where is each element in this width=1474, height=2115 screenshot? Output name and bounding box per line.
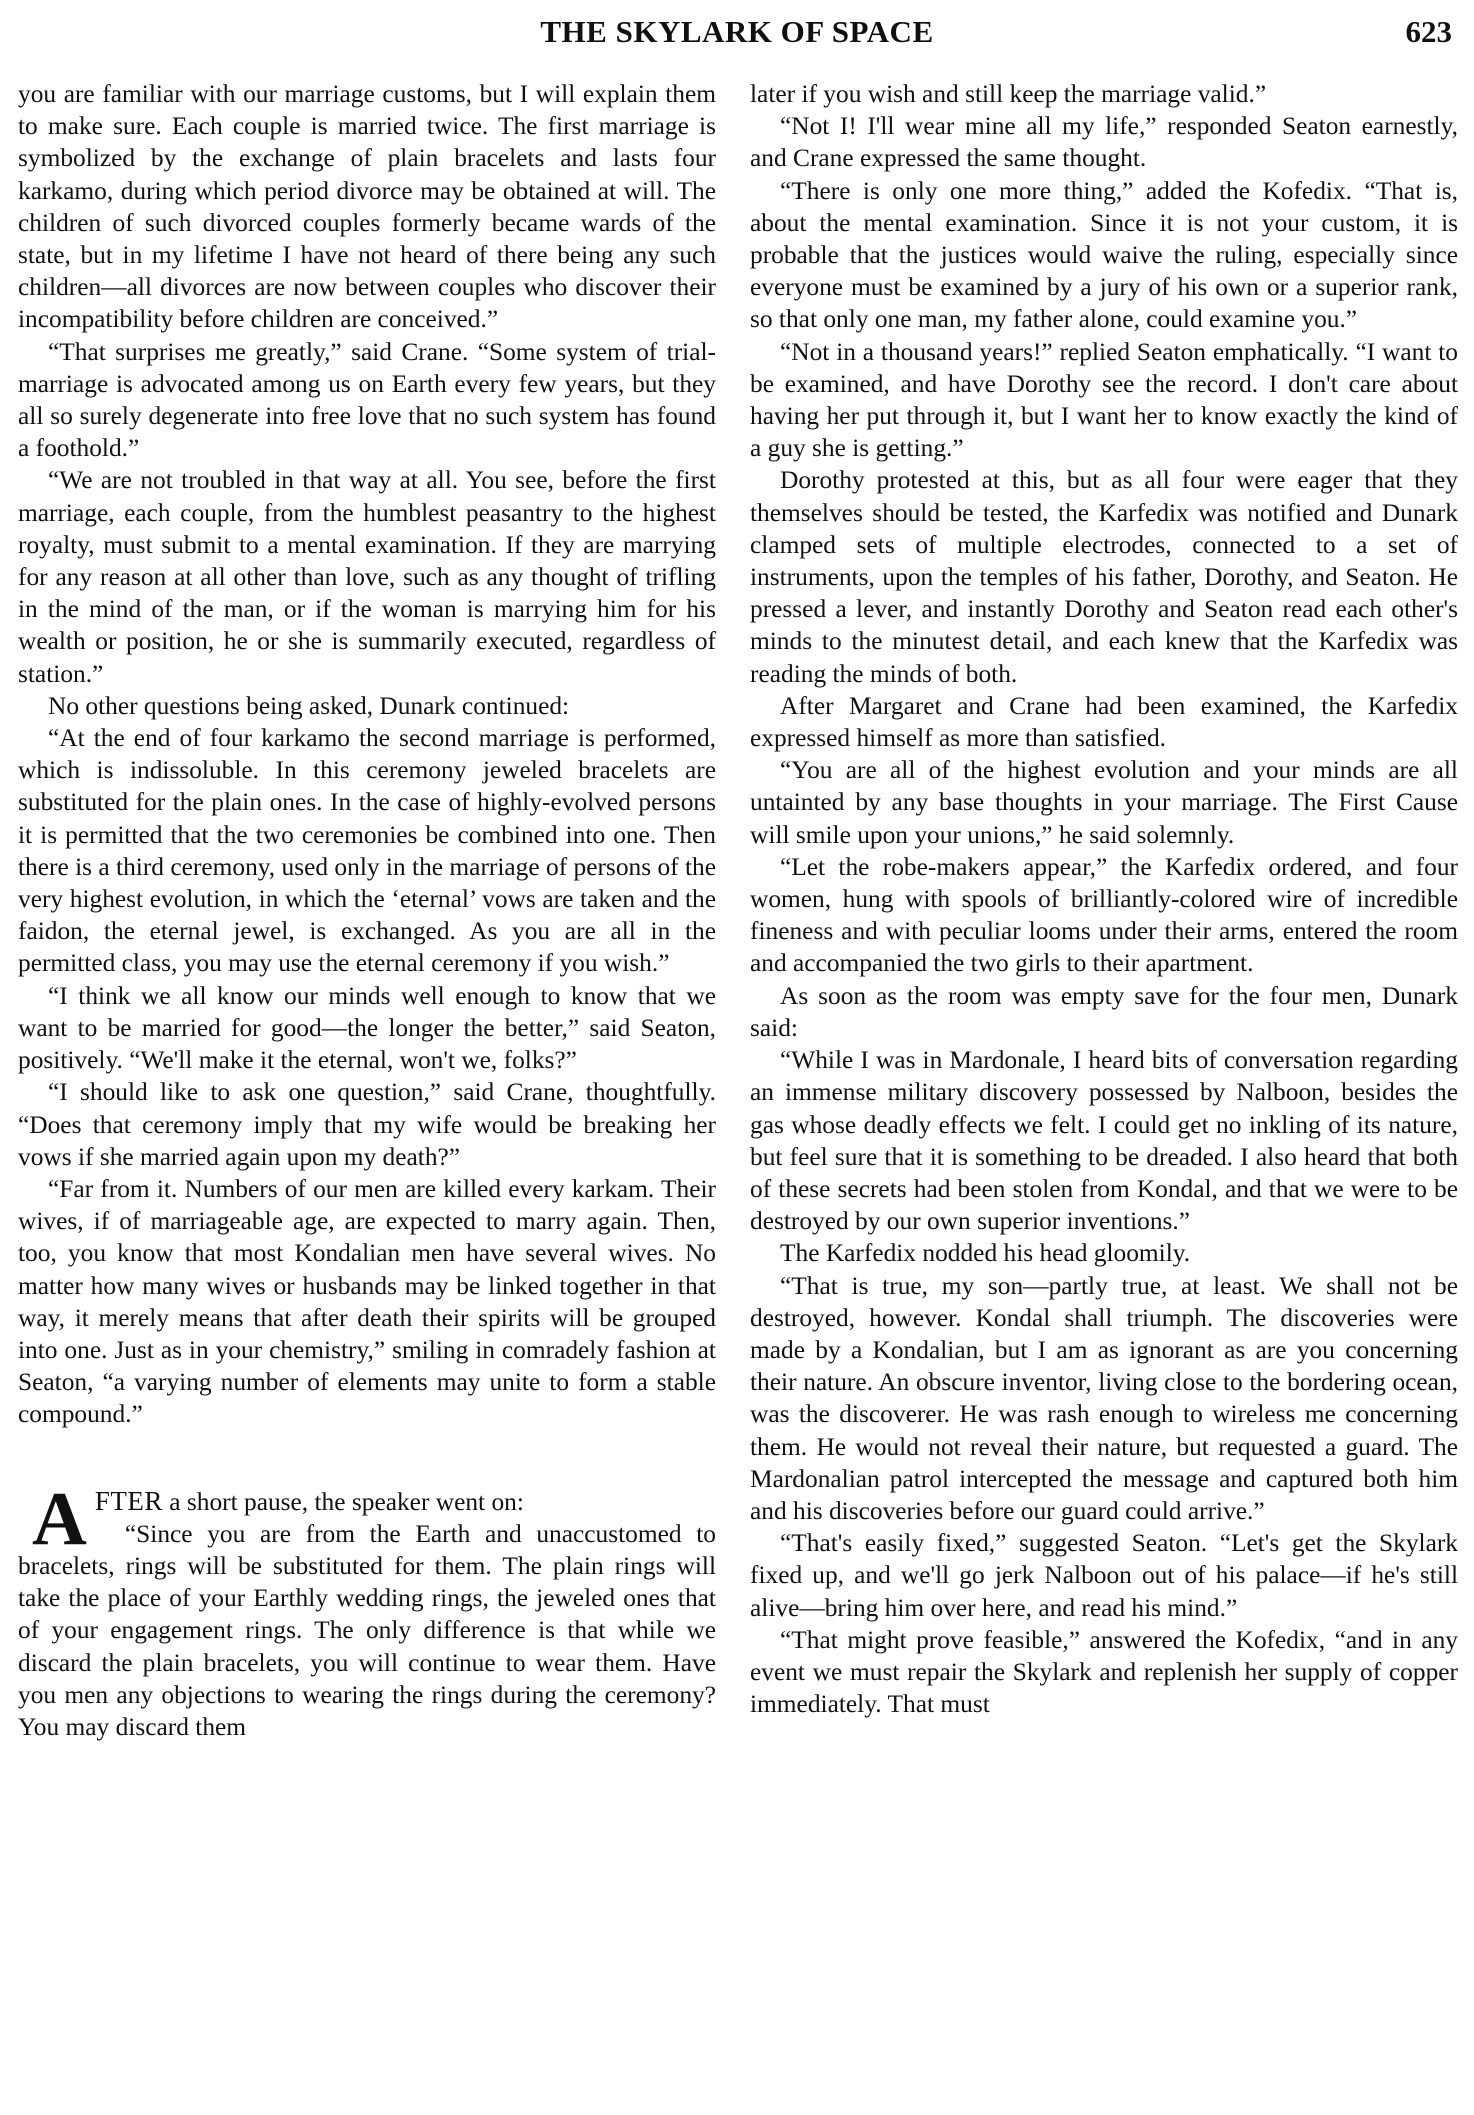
paragraph: “I should like to ask one question,” sai… — [18, 1076, 716, 1173]
paragraph: “Not I! I'll wear mine all my life,” res… — [750, 110, 1458, 174]
paragraph: “That's easily fixed,” suggested Seaton.… — [750, 1527, 1458, 1624]
paragraph: “That surprises me greatly,” said Crane.… — [18, 336, 716, 465]
paragraph: The Karfedix nodded his head gloomily. — [750, 1237, 1458, 1269]
paragraph: “Not in a thousand years!” replied Seato… — [750, 336, 1458, 465]
page-header: THE SKYLARK OF SPACE 623 — [0, 8, 1474, 58]
paragraph: “While I was in Mardonale, I heard bits … — [750, 1044, 1458, 1237]
paragraph: After Margaret and Crane had been examin… — [750, 690, 1458, 754]
left-column: you are familiar with our marriage custo… — [18, 78, 716, 1743]
paragraph: “I think we all know our minds well enou… — [18, 980, 716, 1077]
paragraph: “That might prove feasible,” answered th… — [750, 1624, 1458, 1721]
paragraph: Dorothy protested at this, but as all fo… — [750, 464, 1458, 689]
small-caps-lead: FTER — [95, 1486, 163, 1516]
page-number: 623 — [1406, 14, 1453, 50]
paragraph: “Let the robe-makers appear,” the Karfed… — [750, 851, 1458, 980]
drop-cap: A — [32, 1489, 87, 1549]
paragraph: “We are not troubled in that way at all.… — [18, 464, 716, 689]
paragraph: “You are all of the highest evolution an… — [750, 754, 1458, 851]
paragraph: “There is only one more thing,” added th… — [750, 175, 1458, 336]
paragraph: you are familiar with our marriage custo… — [18, 78, 716, 336]
paragraph: “Far from it. Numbers of our men are kil… — [18, 1173, 716, 1431]
paragraph: “Since you are from the Earth and unaccu… — [18, 1520, 716, 1741]
paragraph: As soon as the room was empty save for t… — [750, 980, 1458, 1044]
paragraph: No other questions being asked, Dunark c… — [18, 690, 716, 722]
running-title: THE SKYLARK OF SPACE — [0, 14, 1474, 50]
paragraph: “At the end of four karkamo the second m… — [18, 722, 716, 980]
section-opening-text: a short pause, the speaker went on: — [163, 1488, 524, 1516]
section-opening-paragraph: AFTER a short pause, the speaker went on… — [18, 1485, 716, 1744]
paragraph: “That is true, my son—partly true, at le… — [750, 1270, 1458, 1528]
paragraph: later if you wish and still keep the mar… — [750, 78, 1458, 110]
right-column: later if you wish and still keep the mar… — [750, 78, 1458, 1720]
